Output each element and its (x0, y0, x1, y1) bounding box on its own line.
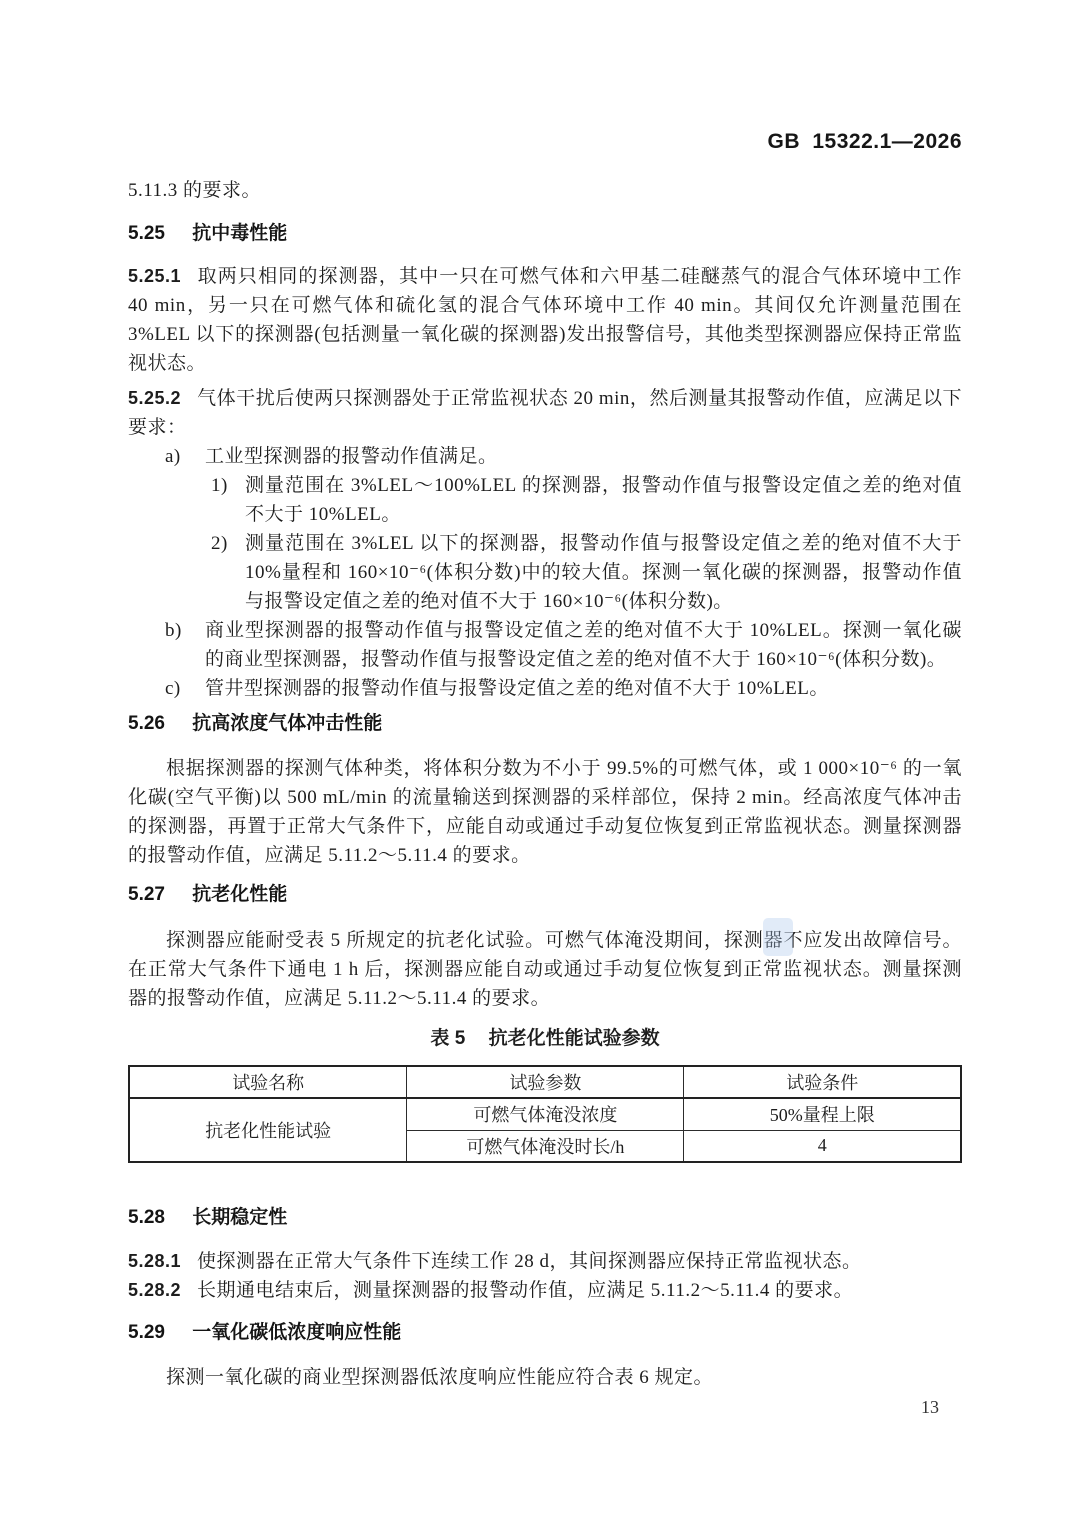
section-heading-5-27: 5.27 抗老化性能 (128, 882, 962, 908)
clause-5-28-2: 5.28.2长期通电结束后，测量探测器的报警动作值，应满足 5.11.2～5.1… (128, 1276, 962, 1305)
cell-condition: 50%量程上限 (684, 1098, 961, 1130)
list-marker: c) (165, 674, 181, 703)
list-item-a: a) 工业型探测器的报警动作值满足。 (128, 442, 962, 471)
section-heading-5-28: 5.28 长期稳定性 (128, 1205, 962, 1231)
section-5-27-body: 探测器应能耐受表 5 所规定的抗老化试验。可燃气体淹没期间，探测器不应发出故障信… (128, 926, 962, 1013)
clause-5-28-1: 5.28.1使探测器在正常大气条件下连续工作 28 d，其间探测器应保持正常监视… (128, 1247, 962, 1276)
page-number: 13 (900, 1397, 960, 1418)
heading-title: 抗老化性能 (192, 884, 287, 905)
list-item-text: 测量范围在 3%LEL 以下的探测器，报警动作值与报警设定值之差的绝对值不大于 … (245, 533, 962, 612)
heading-title: 长期稳定性 (192, 1207, 287, 1228)
list-marker: b) (165, 616, 182, 645)
clause-text: 取两只相同的探测器，其中一只在可燃气体和六甲基二硅醚蒸气的混合气体环境中工作 4… (128, 266, 962, 374)
clause-text: 使探测器在正常大气条件下连续工作 28 d，其间探测器应保持正常监视状态。 (197, 1251, 862, 1272)
table-header-row: 试验名称 试验参数 试验条件 (129, 1066, 961, 1098)
list-item-text: 商业型探测器的报警动作值与报警设定值之差的绝对值不大于 10%LEL。探测一氧化… (205, 620, 962, 670)
clause-text: 长期通电结束后，测量探测器的报警动作值，应满足 5.11.2～5.11.4 的要… (197, 1280, 853, 1301)
list-marker: 2) (211, 529, 228, 558)
list-marker: a) (165, 442, 181, 471)
clause-5-25-1: 5.25.1取两只相同的探测器，其中一只在可燃气体和六甲基二硅醚蒸气的混合气体环… (128, 262, 962, 378)
list-item-a-2: 2) 测量范围在 3%LEL 以下的探测器，报警动作值与报警设定值之差的绝对值不… (128, 529, 962, 616)
page-content: GB 15322.1—2026 5.11.3 的要求。 5.25 抗中毒性能 5… (128, 0, 962, 1392)
list-marker: 1) (211, 471, 228, 500)
list-item-b: b) 商业型探测器的报警动作值与报警设定值之差的绝对值不大于 10%LEL。探测… (128, 616, 962, 674)
heading-number: 5.26 (128, 713, 165, 734)
list-item-text: 工业型探测器的报警动作值满足。 (205, 446, 498, 467)
list-item-text: 管井型探测器的报警动作值与报警设定值之差的绝对值不大于 10%LEL。 (205, 678, 829, 699)
list-item-c: c) 管井型探测器的报警动作值与报警设定值之差的绝对值不大于 10%LEL。 (128, 674, 962, 703)
cell-test-name: 抗老化性能试验 (129, 1098, 407, 1162)
clause-number: 5.25.1 (128, 266, 181, 286)
heading-title: 一氧化碳低浓度响应性能 (192, 1322, 401, 1343)
continuation-text: 5.11.3 的要求。 (128, 176, 962, 205)
scanned-standard-page: { "header": { "code": "GB 15322.1—2026" … (0, 0, 1080, 1527)
section-heading-5-26: 5.26 抗高浓度气体冲击性能 (128, 711, 962, 737)
column-header-test-name: 试验名称 (129, 1066, 407, 1098)
cell-condition: 4 (684, 1130, 961, 1162)
clause-text: 气体干扰后使两只探测器处于正常监视状态 20 min，然后测量其报警动作值，应满… (128, 388, 962, 438)
section-heading-5-29: 5.29 一氧化碳低浓度响应性能 (128, 1320, 962, 1346)
heading-title: 抗中毒性能 (192, 223, 287, 244)
column-header-test-condition: 试验条件 (684, 1066, 961, 1098)
table-5-caption: 表 5 抗老化性能试验参数 (128, 1026, 962, 1052)
cell-parameter: 可燃气体淹没浓度 (407, 1098, 684, 1130)
heading-number: 5.25 (128, 223, 165, 244)
aging-test-parameters-table: 试验名称 试验参数 试验条件 抗老化性能试验 可燃气体淹没浓度 50%量程上限 … (128, 1065, 962, 1163)
heading-number: 5.29 (128, 1322, 165, 1343)
clause-5-25-2: 5.25.2气体干扰后使两只探测器处于正常监视状态 20 min，然后测量其报警… (128, 384, 962, 442)
section-5-29-body: 探测一氧化碳的商业型探测器低浓度响应性能应符合表 6 规定。 (128, 1363, 962, 1392)
clause-number: 5.28.2 (128, 1280, 181, 1300)
column-header-test-parameter: 试验参数 (407, 1066, 684, 1098)
section-heading-5-25: 5.25 抗中毒性能 (128, 221, 962, 247)
table-caption-title: 抗老化性能试验参数 (489, 1028, 660, 1049)
clause-number: 5.28.1 (128, 1251, 181, 1271)
table-caption-label: 表 5 (430, 1028, 465, 1049)
heading-number: 5.27 (128, 884, 165, 905)
standard-code: GB 15322.1—2026 (128, 130, 962, 154)
cell-parameter: 可燃气体淹没时长/h (407, 1130, 684, 1162)
clause-number: 5.25.2 (128, 388, 181, 408)
heading-title: 抗高浓度气体冲击性能 (192, 713, 382, 734)
list-item-text: 测量范围在 3%LEL～100%LEL 的探测器，报警动作值与报警设定值之差的绝… (245, 475, 962, 525)
heading-number: 5.28 (128, 1207, 165, 1228)
list-item-a-1: 1) 测量范围在 3%LEL～100%LEL 的探测器，报警动作值与报警设定值之… (128, 471, 962, 529)
section-5-26-body: 根据探测器的探测气体种类，将体积分数为不小于 99.5%的可燃气体，或 1 00… (128, 754, 962, 870)
table-row: 抗老化性能试验 可燃气体淹没浓度 50%量程上限 (129, 1098, 961, 1130)
